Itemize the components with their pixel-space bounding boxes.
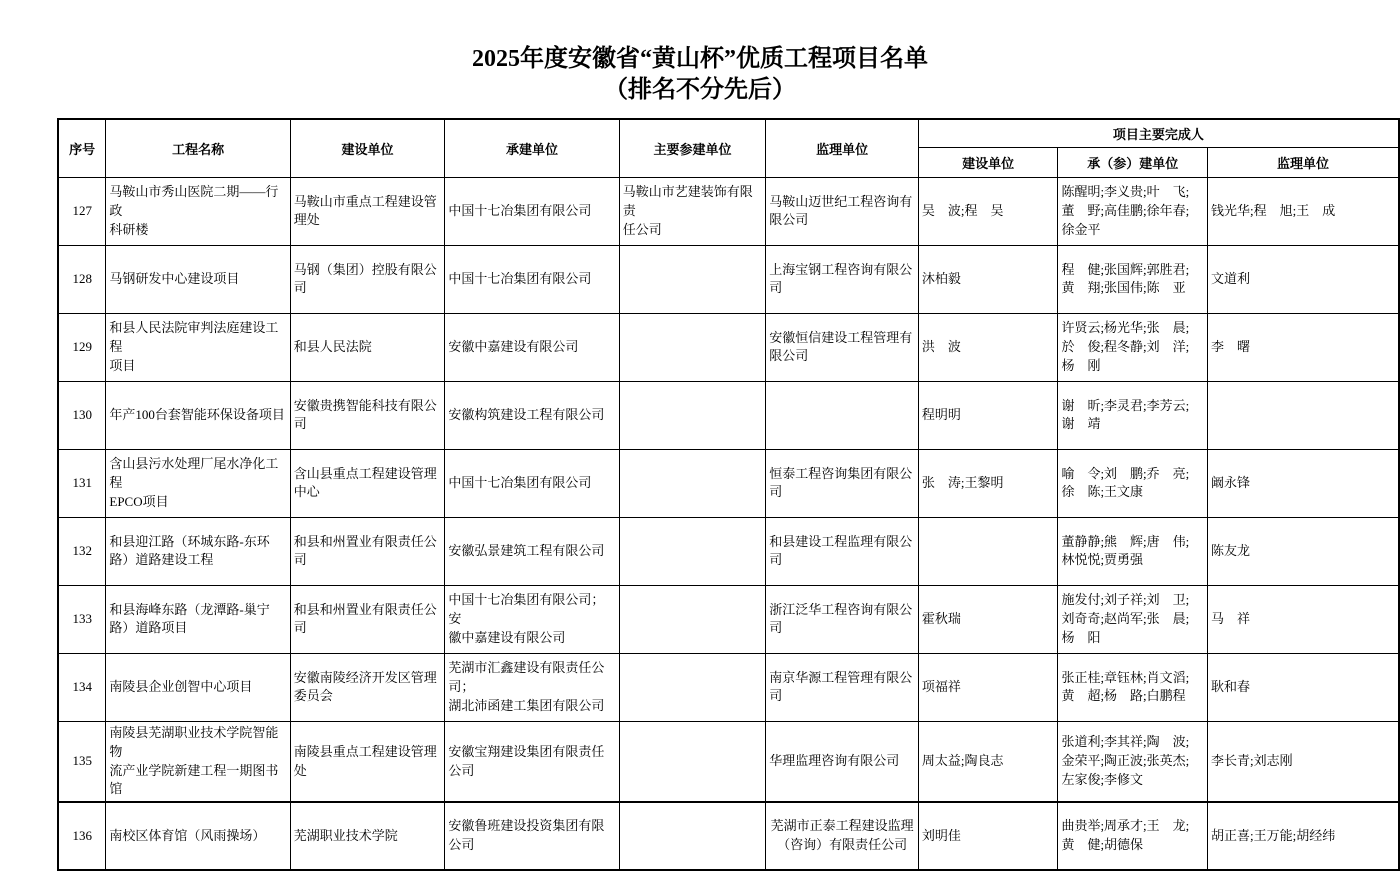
cell-participant [619, 802, 766, 870]
header-completer-contractor: 承（参）建单位 [1058, 147, 1208, 177]
cell-completer-builder [918, 517, 1058, 585]
cell-supervisor: 马鞍山迈世纪工程咨询有 限公司 [766, 177, 919, 245]
projects-table: 序号 工程名称 建设单位 承建单位 主要参建单位 监理单位 项目主要完成人 建设… [57, 118, 1400, 871]
cell-supervisor: 南京华源工程管理有限公 司 [766, 653, 919, 721]
cell-completer-builder: 刘明佳 [918, 802, 1058, 870]
cell-participant [619, 653, 766, 721]
header-completers-group: 项目主要完成人 [918, 119, 1399, 147]
cell-index: 127 [58, 177, 106, 245]
cell-builder: 安徽贵携智能科技有限公 司 [290, 381, 445, 449]
table-row: 135南陵县芜湖职业技术学院智能物 流产业学院新建工程一期图书馆南陵县重点工程建… [58, 721, 1399, 802]
cell-completer-contractor: 谢 昕;李灵君;李芳云; 谢 靖 [1058, 381, 1208, 449]
cell-index: 134 [58, 653, 106, 721]
table-row: 127马鞍山市秀山医院二期——行政 科研楼马鞍山市重点工程建设管 理处中国十七冶… [58, 177, 1399, 245]
cell-supervisor [766, 381, 919, 449]
cell-contractor: 中国十七冶集团有限公司 [445, 245, 619, 313]
cell-builder: 和县和州置业有限责任公 司 [290, 585, 445, 653]
cell-supervisor: 华理监理咨询有限公司 [766, 721, 919, 802]
cell-project-name: 南陵县芜湖职业技术学院智能物 流产业学院新建工程一期图书馆 [106, 721, 290, 802]
cell-project-name: 和县海峰东路（龙潭路-巢宁 路）道路项目 [106, 585, 290, 653]
cell-index: 133 [58, 585, 106, 653]
cell-completer-supervisor: 李长青;刘志刚 [1208, 721, 1399, 802]
cell-supervisor: 恒泰工程咨询集团有限公 司 [766, 449, 919, 517]
cell-builder: 含山县重点工程建设管理 中心 [290, 449, 445, 517]
cell-contractor: 安徽中嘉建设有限公司 [445, 313, 619, 381]
cell-project-name: 年产100台套智能环保设备项目 [106, 381, 290, 449]
cell-index: 131 [58, 449, 106, 517]
cell-completer-builder: 霍秋瑞 [918, 585, 1058, 653]
document-page: { "title": { "line1": "2025年度安徽省“黄山杯”优质工… [0, 0, 1400, 892]
cell-contractor: 安徽宝翔建设集团有限责任 公司 [445, 721, 619, 802]
cell-contractor: 安徽构筑建设工程有限公司 [445, 381, 619, 449]
table-row: 130年产100台套智能环保设备项目安徽贵携智能科技有限公 司安徽构筑建设工程有… [58, 381, 1399, 449]
cell-completer-builder: 项福祥 [918, 653, 1058, 721]
document-title-line1: 2025年度安徽省“黄山杯”优质工程项目名单 [0, 44, 1400, 75]
cell-completer-builder: 周太益;陶良志 [918, 721, 1058, 802]
cell-contractor: 安徽弘景建筑工程有限公司 [445, 517, 619, 585]
cell-completer-contractor: 张正桂;章钰林;肖文滔; 黄 超;杨 路;白鹏程 [1058, 653, 1208, 721]
cell-completer-supervisor: 阚永锋 [1208, 449, 1399, 517]
cell-builder: 马钢（集团）控股有限公 司 [290, 245, 445, 313]
cell-completer-contractor: 曲贵举;周承才;王 龙; 黄 健;胡德保 [1058, 802, 1208, 870]
cell-contractor: 中国十七冶集团有限公司 [445, 177, 619, 245]
table-row: 132和县迎江路（环城东路-东环 路）道路建设工程和县和州置业有限责任公 司安徽… [58, 517, 1399, 585]
cell-builder: 安徽南陵经济开发区管理 委员会 [290, 653, 445, 721]
cell-participant [619, 585, 766, 653]
cell-completer-builder: 程明明 [918, 381, 1058, 449]
cell-completer-builder: 吴 波;程 吴 [918, 177, 1058, 245]
cell-participant [619, 449, 766, 517]
cell-index: 130 [58, 381, 106, 449]
header-supervisor: 监理单位 [766, 119, 919, 177]
cell-completer-contractor: 喻 令;刘 鹏;乔 亮; 徐 陈;王文康 [1058, 449, 1208, 517]
cell-completer-contractor: 程 健;张国辉;郭胜君; 黄 翔;张国伟;陈 亚 [1058, 245, 1208, 313]
cell-completer-supervisor: 胡正喜;王万能;胡经纬 [1208, 802, 1399, 870]
cell-completer-builder: 沐柏毅 [918, 245, 1058, 313]
cell-builder: 和县和州置业有限责任公 司 [290, 517, 445, 585]
header-project-name: 工程名称 [106, 119, 290, 177]
header-participant: 主要参建单位 [619, 119, 766, 177]
cell-project-name: 南校区体育馆（风雨操场） [106, 802, 290, 870]
cell-completer-contractor: 陈醒明;李义贵;叶 飞; 董 野;高佳鹏;徐年春; 徐金平 [1058, 177, 1208, 245]
cell-supervisor: 和县建设工程监理有限公 司 [766, 517, 919, 585]
header-completer-supervisor: 监理单位 [1208, 147, 1399, 177]
cell-completer-supervisor: 陈友龙 [1208, 517, 1399, 585]
cell-builder: 马鞍山市重点工程建设管 理处 [290, 177, 445, 245]
cell-completer-supervisor: 钱光华;程 旭;王 成 [1208, 177, 1399, 245]
cell-contractor: 安徽鲁班建设投资集团有限 公司 [445, 802, 619, 870]
cell-participant [619, 313, 766, 381]
cell-index: 128 [58, 245, 106, 313]
header-completer-builder: 建设单位 [918, 147, 1058, 177]
cell-project-name: 马钢研发中心建设项目 [106, 245, 290, 313]
cell-project-name: 和县人民法院审判法庭建设工程 项目 [106, 313, 290, 381]
table-row: 133和县海峰东路（龙潭路-巢宁 路）道路项目和县和州置业有限责任公 司中国十七… [58, 585, 1399, 653]
cell-completer-contractor: 张道利;李其祥;陶 波; 金荣平;陶正波;张英杰; 左家俊;李修文 [1058, 721, 1208, 802]
cell-completer-supervisor: 李 曙 [1208, 313, 1399, 381]
cell-participant [619, 381, 766, 449]
document-title-line2: （排名不分先后） [0, 75, 1400, 106]
cell-index: 135 [58, 721, 106, 802]
cell-participant [619, 721, 766, 802]
cell-contractor: 中国十七冶集团有限公司 [445, 449, 619, 517]
table-row: 128马钢研发中心建设项目马钢（集团）控股有限公 司中国十七冶集团有限公司上海宝… [58, 245, 1399, 313]
cell-completer-contractor: 施发付;刘子祥;刘 卫; 刘奇奇;赵尚军;张 晨; 杨 阳 [1058, 585, 1208, 653]
cell-index: 132 [58, 517, 106, 585]
cell-builder: 芜湖职业技术学院 [290, 802, 445, 870]
cell-completer-contractor: 许贤云;杨光华;张 晨; 於 俊;程冬静;刘 洋; 杨 刚 [1058, 313, 1208, 381]
cell-index: 129 [58, 313, 106, 381]
cell-completer-supervisor: 耿和春 [1208, 653, 1399, 721]
cell-completer-builder: 洪 波 [918, 313, 1058, 381]
cell-completer-builder: 张 涛;王黎明 [918, 449, 1058, 517]
document-title: 2025年度安徽省“黄山杯”优质工程项目名单 （排名不分先后） [0, 44, 1400, 106]
cell-participant [619, 245, 766, 313]
table-header: 序号 工程名称 建设单位 承建单位 主要参建单位 监理单位 项目主要完成人 建设… [58, 119, 1399, 177]
cell-contractor: 芜湖市汇鑫建设有限责任公 司； 湖北沛函建工集团有限公司 [445, 653, 619, 721]
cell-project-name: 马鞍山市秀山医院二期——行政 科研楼 [106, 177, 290, 245]
cell-supervisor: 芜湖市正泰工程建设监理 （咨询）有限责任公司 [766, 802, 919, 870]
cell-completer-supervisor: 马 祥 [1208, 585, 1399, 653]
table-body: 127马鞍山市秀山医院二期——行政 科研楼马鞍山市重点工程建设管 理处中国十七冶… [58, 177, 1399, 870]
cell-project-name: 南陵县企业创智中心项目 [106, 653, 290, 721]
table-row: 131含山县污水处理厂尾水净化工程 EPCO项目含山县重点工程建设管理 中心中国… [58, 449, 1399, 517]
cell-completer-contractor: 董静静;熊 辉;唐 伟; 林悦悦;贾勇强 [1058, 517, 1208, 585]
table-row: 134南陵县企业创智中心项目安徽南陵经济开发区管理 委员会芜湖市汇鑫建设有限责任… [58, 653, 1399, 721]
cell-builder: 和县人民法院 [290, 313, 445, 381]
cell-contractor: 中国十七冶集团有限公司；安 徽中嘉建设有限公司 [445, 585, 619, 653]
cell-completer-supervisor: 文道利 [1208, 245, 1399, 313]
cell-participant: 马鞍山市艺建装饰有限责 任公司 [619, 177, 766, 245]
header-builder: 建设单位 [290, 119, 445, 177]
table-row: 136南校区体育馆（风雨操场）芜湖职业技术学院安徽鲁班建设投资集团有限 公司芜湖… [58, 802, 1399, 870]
header-contractor: 承建单位 [445, 119, 619, 177]
cell-supervisor: 安徽恒信建设工程管理有 限公司 [766, 313, 919, 381]
cell-project-name: 和县迎江路（环城东路-东环 路）道路建设工程 [106, 517, 290, 585]
cell-index: 136 [58, 802, 106, 870]
cell-completer-supervisor [1208, 381, 1399, 449]
table-row: 129和县人民法院审判法庭建设工程 项目和县人民法院安徽中嘉建设有限公司安徽恒信… [58, 313, 1399, 381]
cell-builder: 南陵县重点工程建设管理 处 [290, 721, 445, 802]
cell-supervisor: 上海宝钢工程咨询有限公 司 [766, 245, 919, 313]
cell-project-name: 含山县污水处理厂尾水净化工程 EPCO项目 [106, 449, 290, 517]
header-no: 序号 [58, 119, 106, 177]
cell-supervisor: 浙江泛华工程咨询有限公 司 [766, 585, 919, 653]
cell-participant [619, 517, 766, 585]
